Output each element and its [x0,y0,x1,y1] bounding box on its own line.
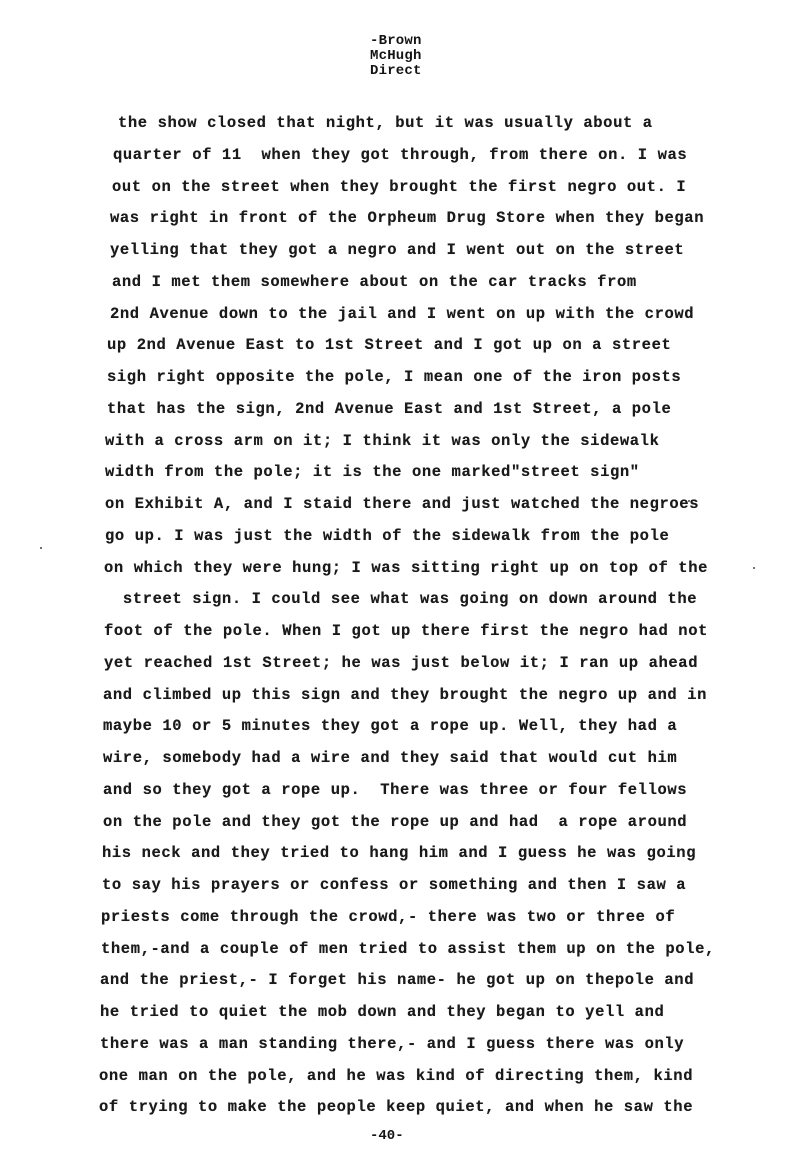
transcript-line: quarter of 11 when they got through, fro… [113,146,687,164]
transcript-line: there was a man standing there,- and I g… [100,1035,684,1053]
scan-speck [688,500,690,502]
page-number: -40- [370,1128,404,1144]
transcript-line: and I met them somewhere about on the ca… [112,273,637,291]
transcript-line: foot of the pole. When I got up there fi… [104,622,708,640]
transcript-line: go up. I was just the width of the sidew… [105,527,669,545]
scan-speck [753,567,755,569]
transcript-line: with a cross arm on it; I think it was o… [105,432,659,450]
header-examination-type: Direct [370,64,422,79]
transcript-line: and the priest,- I forget his name- he g… [100,971,694,989]
transcript-line: sigh right opposite the pole, I mean one… [107,368,681,386]
transcript-line: his neck and they tried to hang him and … [102,844,696,862]
transcript-line: width from the pole; it is the one marke… [105,463,640,481]
transcript-line: to say his prayers or confess or somethi… [102,876,686,894]
transcript-line: was right in front of the Orpheum Drug S… [110,209,704,227]
transcript-line: that has the sign, 2nd Avenue East and 1… [107,400,671,418]
transcript-line: and climbed up this sign and they brough… [103,686,707,704]
transcript-line: street sign. I could see what was going … [113,590,697,608]
transcript-line: yet reached 1st Street; he was just belo… [104,654,698,672]
transcript-line: wire, somebody had a wire and they said … [103,749,677,767]
scan-speck [40,547,42,549]
transcript-line: and so they got a rope up. There was thr… [103,781,687,799]
transcript-line: yelling that they got a negro and I went… [110,241,684,259]
header-witness-prefix: -Brown [370,34,422,49]
page-header: -Brown McHugh Direct [370,34,422,79]
transcript-line: up 2nd Avenue East to 1st Street and I g… [107,336,671,354]
transcript-line: them,-and a couple of men tried to assis… [101,940,715,958]
transcript-line: maybe 10 or 5 minutes they got a rope up… [103,717,677,735]
transcript-line: of trying to make the people keep quiet,… [99,1098,693,1116]
transcript-line: on which they were hung; I was sitting r… [104,559,708,577]
header-witness-name: McHugh [370,49,422,64]
transcript-line: out on the street when they brought the … [112,178,686,196]
transcript-line: 2nd Avenue down to the jail and I went o… [110,305,694,323]
transcript-line: the show closed that night, but it was u… [118,114,653,132]
transcript-line: he tried to quiet the mob down and they … [100,1003,664,1021]
transcript-line: one man on the pole, and he was kind of … [99,1067,693,1085]
transcript-line: on Exhibit A, and I staid there and just… [105,495,699,513]
transcript-line: priests come through the crowd,- there w… [101,908,675,926]
transcript-line: on the pole and they got the rope up and… [103,813,687,831]
